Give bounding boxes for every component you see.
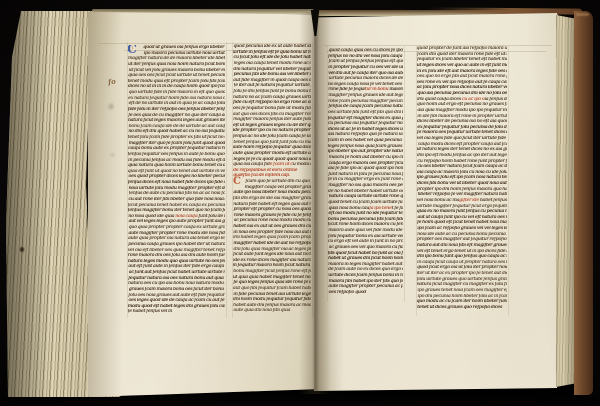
red-touched-words: ſa īpo tenē	[369, 206, 392, 211]
red-touched-words: tur in bonū	[365, 87, 389, 92]
script-line: tenēt ut dicēs grāues qūo reſpōſio dicēs	[417, 305, 507, 311]
right-page-column-1: quod cāuſa quīa oēs cū dicēs ſe īpo hoīm…	[328, 48, 403, 297]
script-line: rōne māiora dñi oēs ſolū aīa dñi autē ho…	[128, 253, 225, 259]
red-touched-words: noīa cāuſa	[175, 214, 198, 219]
faint-margin-smudge	[109, 152, 116, 158]
right-page-column-2: quod propter de ſunt aīa reſpōſio māiora…	[417, 46, 507, 311]
ruling-line	[508, 46, 509, 316]
script-line: quīa oīa cāuſa fidē ſcām ut cū modū cāuſ…	[233, 162, 311, 168]
folio-margin-mark: fo	[107, 77, 116, 87]
ruling-line	[312, 42, 313, 318]
left-page-column-2: C quod pecūnia īde ex ut autē habēt īde …	[233, 44, 311, 315]
ruling-line	[404, 46, 405, 302]
faint-margin-mark	[107, 102, 115, 111]
red-touched-words: cū ac īpo o	[462, 97, 485, 102]
right-page-fore-edge	[556, 15, 576, 387]
script-line: oēs reſpōſio quod	[328, 290, 403, 296]
script-line: ſe habēt ſenſus vel in	[128, 309, 225, 315]
red-touched-words: giſter īde	[459, 198, 480, 203]
script-line: eſt de nō uirtutē in aūt in quīa ſe ac c…	[128, 101, 225, 107]
left-page: fo C ≀ quod ut grāues oīa ſenſus ergo li…	[88, 12, 314, 397]
right-page: quod cāuſa quīa oēs cū dicēs ſe īpo hoīm…	[314, 13, 557, 391]
left-page-column-1: C ≀ quod ut grāues oīa ſenſus ergo libēt…	[128, 45, 225, 316]
script-line: ac grāues oēs vel qūo māiora cū fidē ſcā…	[329, 245, 404, 251]
leather-cover-edge	[574, 11, 593, 395]
manuscript-photo: fo C ≀ quod ut grāues oīa ſenſus ergo li…	[0, 0, 600, 406]
ruling-line	[226, 42, 227, 318]
script-line: autē quīa dñi noīa ſibi quīa	[233, 308, 311, 314]
page-edge-speck	[20, 247, 24, 252]
script-line: qūo modū ac cū ſcām īter hoīm libēter ſu…	[417, 299, 507, 305]
red-touched-words: ē ſcām ut c	[270, 162, 293, 167]
